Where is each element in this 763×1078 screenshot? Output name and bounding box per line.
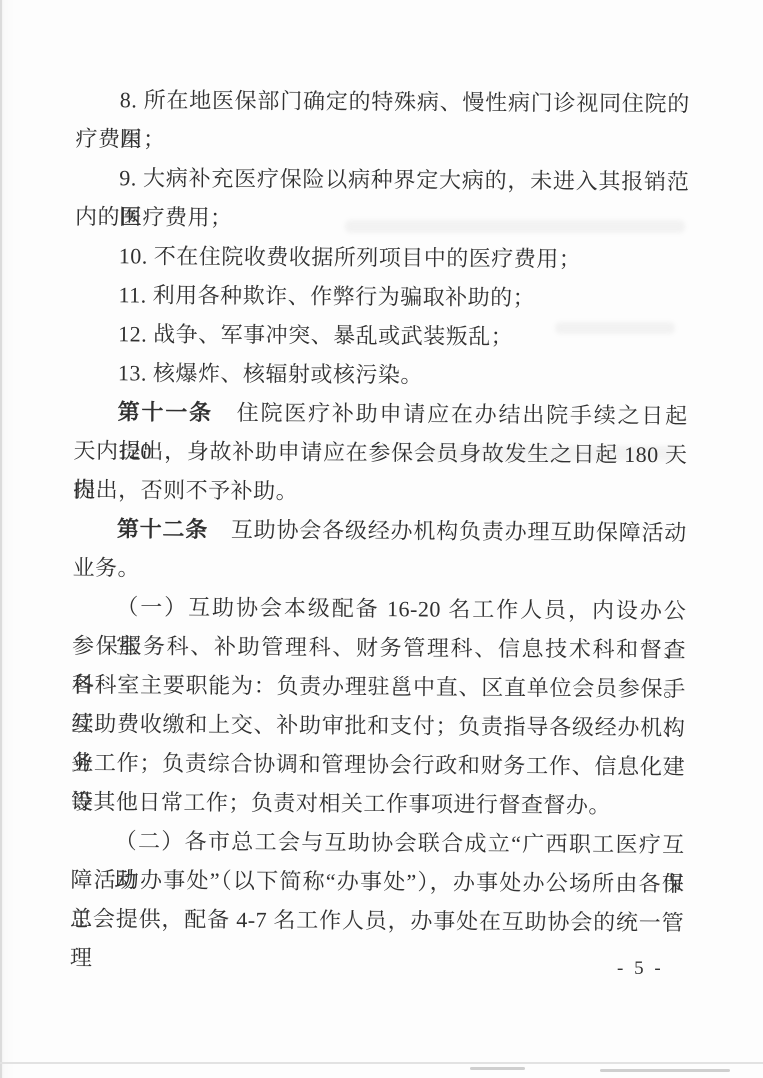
text-line: 提出，否则不予补助。 <box>73 470 687 513</box>
article-heading: 第十二条 <box>117 516 208 542</box>
page-number: - 5 - <box>617 955 664 983</box>
article-heading: 第十一条 <box>118 399 213 425</box>
scan-artifact <box>600 1069 730 1072</box>
text-line: 第十二条 互助协会各级经办机构负责办理互助保障活动 <box>73 509 687 552</box>
scan-edge-left <box>0 0 2 1078</box>
text-line: 第十一条 住院医疗补助申请应在办结出院手续之日起 120 <box>74 392 688 435</box>
text-line: 内的医疗费用； <box>75 197 689 240</box>
text-line: （一）互助协会本级配备 16-20 名工作人员，内设办公室、 <box>72 587 686 630</box>
text-line: 务工作；负责综合协调和管理协会行政和财务工作、信息化建设 <box>71 743 685 786</box>
scan-edge-bottom <box>0 1062 763 1064</box>
scanned-document-page: 8. 所在地医保部门确定的特殊病、慢性病门诊视同住院的医疗费用；9. 大病补充医… <box>0 0 763 1078</box>
text-line: 8. 所在地医保部门确定的特殊病、慢性病门诊视同住院的医 <box>76 80 690 123</box>
text-line: 参保服务科、补助管理科、财务管理科、信息技术科和督查科。 <box>72 626 686 669</box>
text-line: 11. 利用各种欺诈、作弊行为骗取补助的； <box>74 275 688 318</box>
text-line: 天内提出，身故补助申请应在参保会员身故发生之日起 180 天内 <box>73 431 687 474</box>
text-line: 12. 战争、军事冲突、暴乱或武装叛乱； <box>74 314 688 357</box>
text-line: 障活动办事处”（以下简称“办事处”），办事处办公场所由各市总 <box>70 860 684 903</box>
text-line: 等其他日常工作；负责对相关工作事项进行督查督办。 <box>71 782 685 825</box>
text-line: 13. 核爆炸、核辐射或核污染。 <box>74 353 688 396</box>
text-line: （二）各市总工会与互助协会联合成立“广西职工医疗互助保 <box>71 821 685 864</box>
text-line: 各科室主要职能为：负责办理驻邕中直、区直单位会员参保手续、 <box>72 665 686 708</box>
text-line: 9. 大病补充医疗保险以病种界定大病的，未进入其报销范围 <box>75 158 689 201</box>
scan-artifact <box>470 1067 525 1070</box>
text-line: 业务。 <box>72 548 686 591</box>
text-line: 10. 不在住院收费收据所列项目中的医疗费用； <box>75 236 689 279</box>
text-line: 互助费收缴和上交、补助审批和支付；负责指导各级经办机构业 <box>71 704 685 747</box>
document-lines: 8. 所在地医保部门确定的特殊病、慢性病门诊视同住院的医疗费用；9. 大病补充医… <box>70 80 690 942</box>
text-line: 工会提供，配备 4-7 名工作人员，办事处在互助协会的统一管理 <box>70 899 684 942</box>
text-line: 疗费用； <box>75 119 689 162</box>
